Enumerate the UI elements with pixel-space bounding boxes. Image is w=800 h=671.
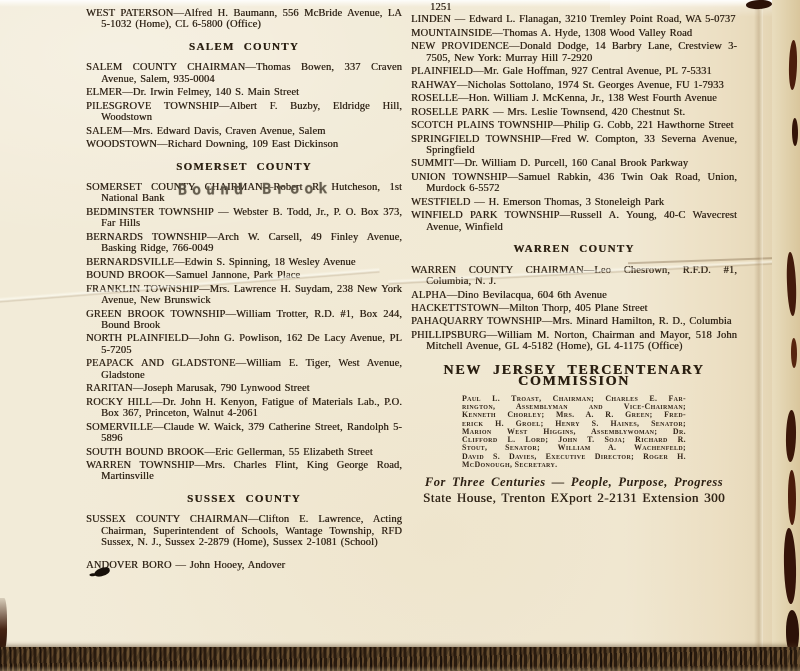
burn-mark <box>791 338 797 368</box>
somerset-county-header: SOMERSET COUNTY <box>86 162 402 173</box>
scan-bottom-burned-edge <box>0 647 800 671</box>
section-somerset-county: SOMERSET COUNTY SOMERSET COUNTY CHAIRMAN… <box>86 162 402 483</box>
directory-entry: WOODSTOWN—Richard Downing, 109 East Dick… <box>86 139 402 150</box>
directory-entry: SOUTH BOUND BROOK—Eric Gellerman, 55 Eli… <box>86 447 402 458</box>
directory-entry: HACKETTSTOWN—Milton Thorp, 405 Plane Str… <box>411 303 737 314</box>
directory-entry: ALPHA—Dino Bevilacqua, 604 6th Avenue <box>411 290 737 301</box>
directory-entry: GREEN BROOK TOWNSHIP—William Trotter, R.… <box>86 309 402 332</box>
tercentenary-commission-block: NEW JERSEY TERCENTENARY COMMISSION Paul … <box>411 365 737 503</box>
directory-entry: UNION TOWNSHIP—Samuel Rabkin, 436 Twin O… <box>411 172 737 195</box>
directory-entry: LINDEN — Edward L. Flanagan, 3210 Tremle… <box>411 14 737 25</box>
directory-entry: ROSELLE—Hon. William J. McKenna, Jr., 13… <box>411 93 737 104</box>
directory-entry: SALEM—Mrs. Edward Davis, Craven Avenue, … <box>86 126 402 137</box>
right-column: 1251 LINDEN — Edward L. Flanagan, 3210 T… <box>411 2 737 503</box>
directory-entry: RAHWAY—Nicholas Sottolano, 1974 St. Geor… <box>411 80 737 91</box>
page-fold-edge <box>754 0 763 671</box>
directory-entry: ELMER—Dr. Irwin Felmey, 140 S. Main Stre… <box>86 87 402 98</box>
commission-motto: For Three Centuries — People, Purpose, P… <box>411 477 737 488</box>
directory-entry: WINFIELD PARK TOWNSHIP—Russell A. Young,… <box>411 210 737 233</box>
commission-address: State House, Trenton EXport 2-2131 Exten… <box>411 492 737 503</box>
directory-entry: PLAINFIELD—Mr. Gale Hoffman, 927 Central… <box>411 66 737 77</box>
sussex-entries: SUSSEX COUNTY CHAIRMAN—Clifton E. Lawren… <box>86 514 402 571</box>
directory-entry: SCOTCH PLAINS TOWNSHIP—Philip G. Cobb, 2… <box>411 120 737 131</box>
union-county-entries: LINDEN — Edward L. Flanagan, 3210 Tremle… <box>411 14 737 233</box>
directory-entry: SALEM COUNTY CHAIRMAN—Thomas Bowen, 337 … <box>86 62 402 85</box>
directory-entry: WARREN TOWNSHIP—Mrs. Charles Flint, King… <box>86 460 402 483</box>
warren-entries: WARREN COUNTY CHAIRMAN—Leo Chesrown, R.F… <box>411 265 737 353</box>
directory-entry: NORTH PLAINFIELD—John G. Powlison, 162 D… <box>86 333 402 356</box>
passaic-continued-entries: WEST PATERSON—Alfred H. Baumann, 556 McB… <box>86 8 402 31</box>
phone-number-fragment: 1251 <box>430 2 737 13</box>
somerset-entries: SOMERSET COUNTY CHAIRMAN—Robert R. Hutch… <box>86 182 402 483</box>
directory-entry: SUSSEX COUNTY CHAIRMAN—Clifton E. Lawren… <box>86 514 402 548</box>
directory-entry: SUMMIT—Dr. William D. Purcell, 160 Canal… <box>411 158 737 169</box>
commission-members: Paul L. Troast, Chairman; Charles E. Far… <box>462 395 686 470</box>
sussex-county-header: SUSSEX COUNTY <box>86 494 402 505</box>
section-sussex-county: SUSSEX COUNTY SUSSEX COUNTY CHAIRMAN—Cli… <box>86 494 402 571</box>
directory-entry: PHILLIPSBURG—William M. Norton, Chairman… <box>411 330 737 353</box>
scanned-directory-page: WEST PATERSON—Alfred H. Baumann, 556 McB… <box>0 0 800 671</box>
left-edge-burn <box>0 598 7 650</box>
burn-mark <box>792 118 798 146</box>
directory-entry: BEDMINSTER TOWNSHIP — Webster B. Todd, J… <box>86 207 402 230</box>
directory-entry: ANDOVER BORO — John Hooey, Andover <box>86 560 402 571</box>
directory-entry: RARITAN—Joseph Marusak, 790 Lynwood Stre… <box>86 383 402 394</box>
directory-entry: PAHAQUARRY TOWNSHIP—Mrs. Minard Hamilton… <box>411 316 737 327</box>
directory-entry: NEW PROVIDENCE—Donald Dodge, 14 Barbry L… <box>411 41 737 64</box>
directory-entry: WESTFIELD — H. Emerson Thomas, 3 Stonele… <box>411 197 737 208</box>
left-column: WEST PATERSON—Alfred H. Baumann, 556 McB… <box>86 8 402 573</box>
directory-entry: BERNARDS TOWNSHIP—Arch W. Carsell, 49 Fi… <box>86 232 402 255</box>
directory-entry: ROCKY HILL—Dr. John H. Kenyon, Fatigue o… <box>86 397 402 420</box>
directory-entry: BERNARDSVILLE—Edwin S. Spinning, 18 Wesl… <box>86 257 402 268</box>
directory-entry: BOUND BROOK—Samuel Jannone, Park Place <box>86 270 402 281</box>
directory-entry: FRANKLIN TOWNSHIP—Mrs. Lawrence H. Suyda… <box>86 284 402 307</box>
bound-brook-rubber-stamp: Bound Brook <box>178 179 333 199</box>
salem-entries: SALEM COUNTY CHAIRMAN—Thomas Bowen, 337 … <box>86 62 402 150</box>
warren-county-header: WARREN COUNTY <box>411 244 737 255</box>
commission-member-line: McDonough, Secretary. <box>462 461 686 469</box>
directory-entry: PILESGROVE TOWNSHIP—Albert F. Buzby, Eld… <box>86 101 402 124</box>
directory-entry: WARREN COUNTY CHAIRMAN—Leo Chesrown, R.F… <box>411 265 737 288</box>
directory-entry: MOUNTAINSIDE—Thomas A. Hyde, 1308 Wood V… <box>411 28 737 39</box>
directory-entry: ROSELLE PARK — Mrs. Leslie Townsend, 420… <box>411 107 737 118</box>
directory-entry: PEAPACK AND GLADSTONE—William E. Tiger, … <box>86 358 402 381</box>
directory-entry: WEST PATERSON—Alfred H. Baumann, 556 McB… <box>86 8 402 31</box>
commission-title: NEW JERSEY TERCENTENARY COMMISSION <box>411 365 737 388</box>
directory-entry: SPRINGFIELD TOWNSHIP—Fred W. Compton, 33… <box>411 134 737 157</box>
salem-county-header: SALEM COUNTY <box>86 42 402 53</box>
directory-entry: SOMERVILLE—Claude W. Waick, 379 Catherin… <box>86 422 402 445</box>
section-salem-county: SALEM COUNTY SALEM COUNTY CHAIRMAN—Thoma… <box>86 42 402 151</box>
section-warren-county: WARREN COUNTY WARREN COUNTY CHAIRMAN—Leo… <box>411 244 737 353</box>
burn-mark <box>788 470 796 525</box>
